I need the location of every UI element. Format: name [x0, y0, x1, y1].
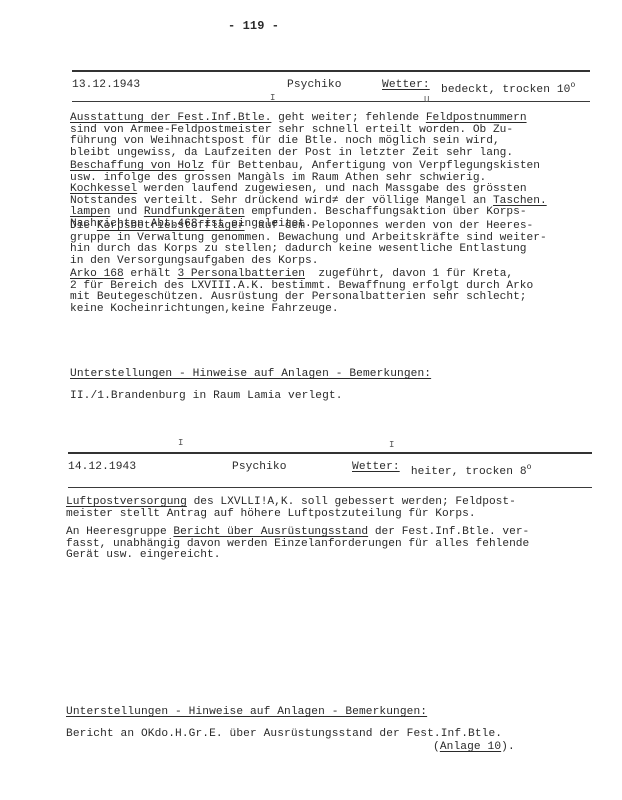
text-run: zugeführt, davon 1 für Kreta,	[305, 268, 513, 280]
text-run: meister stellt Antrag auf höhere Luftpos…	[66, 508, 476, 520]
underlined-term: Ausstattung der Fest.Inf.Btle.	[70, 112, 271, 124]
underlined-term: Beschaffung von Holz	[70, 160, 204, 172]
entry-1-top-rule	[72, 70, 590, 72]
text-run: Gerät usw. eingereicht.	[66, 549, 220, 561]
annex-label: Anlage 10	[440, 741, 501, 753]
entry-2-location: Psychiko	[232, 462, 287, 474]
entry-2-column-mark-1: I	[178, 438, 183, 448]
text-run: hin durch das Korps zu stellen; dadurch …	[70, 243, 527, 255]
entry-1-weather-label: Wetter:	[382, 80, 430, 92]
underlined-term: Korpsbetriebstofflager	[97, 220, 245, 232]
text-run: mit Beutegeschützen. Ausrüstung der Pers…	[70, 291, 527, 303]
entry-1-header-rule	[72, 101, 590, 102]
entry-1-remarks-heading: Unterstellungen - Hinweise auf Anlagen -…	[70, 369, 431, 381]
paragraph: Arko 168 erhält 3 Personalbatterien zuge…	[70, 269, 590, 315]
paragraph: Ausstattung der Fest.Inf.Btle. geht weit…	[70, 113, 590, 159]
text-run: usw. infolge des grossen Mangàls im Raum…	[70, 172, 486, 184]
degree-sign: o	[570, 81, 575, 90]
underlined-term: lampen	[70, 206, 110, 218]
page-number: - 119 -	[228, 21, 279, 33]
underlined-term: Rundfunkgeräten	[144, 206, 245, 218]
text-line: in den Versorgungsaufgaben des Korps.	[70, 256, 590, 268]
underlined-term: Kochkessel	[70, 183, 137, 195]
text-run: fasst, unabhängig davon werden Einzelanf…	[66, 538, 529, 550]
entry-2-annex-ref: (Anlage 10).	[433, 742, 515, 754]
entry-1-weather: bedeckt, trocken 10o	[441, 80, 575, 97]
text-run: sind von Armee-Feldpostmeister sehr schn…	[70, 124, 513, 136]
text-run: in den Versorgungsaufgaben des Korps.	[70, 255, 318, 267]
text-run: führung von Weihnachtspost für die Btle.…	[70, 135, 500, 147]
entry-2-weather-label: Wetter:	[352, 462, 400, 474]
text-run: Notstandes verteilt. Sehr drückend wird≠…	[70, 195, 493, 207]
text-run: bleibt ungewiss, da Laufzeiten der Post …	[70, 147, 513, 159]
text-run: für Bettenbau, Anfertigung von Verpflegu…	[204, 160, 540, 172]
underlined-term: Bericht über Ausrüstungsstand	[173, 526, 368, 538]
entry-1-location: Psychiko	[287, 80, 342, 92]
text-run: geht weiter; fehlende	[271, 112, 425, 124]
text-run: Die	[70, 220, 97, 232]
text-run: erhält	[124, 268, 178, 280]
text-run: der Fest.Inf.Btle. ver-	[368, 526, 529, 538]
text-run: und	[110, 206, 144, 218]
text-run: empfunden. Beschaffungsaktion über Korps…	[245, 206, 527, 218]
entry-2-weather: heiter, trocken 8o	[404, 462, 532, 479]
text-run: gruppe in Verwaltung genommen. Bewachung…	[70, 232, 547, 244]
text-line: meister stellt Antrag auf höhere Luftpos…	[66, 509, 586, 521]
annex-open: (	[433, 741, 440, 753]
annex-close: ).	[501, 741, 515, 753]
text-run: keine Kocheinrichtungen,keine Fahrzeuge.	[70, 303, 339, 315]
underlined-term: 3 Personalbatterien	[177, 268, 305, 280]
degree-sign: o	[527, 463, 532, 472]
text-run: An Heeresgruppe	[66, 526, 173, 538]
paragraph: Luftpostversorgung des LXVLLI!A,K. soll …	[66, 497, 586, 520]
entry-2-header-rule	[68, 487, 592, 488]
underlined-term: Arko 168	[70, 268, 124, 280]
entry-1-column-mark-2: U	[424, 95, 429, 105]
text-line: keine Kocheinrichtungen,keine Fahrzeuge.	[70, 304, 590, 316]
underlined-term: Taschen.	[493, 195, 547, 207]
entry-1-weather-text: bedeckt, trocken 10	[441, 84, 570, 96]
paragraph: Die Korpsbetriebstofflager auf dem Pelop…	[70, 221, 590, 267]
text-run: 2 für Bereich des LXVIII.A.K. bestimmt. …	[70, 280, 533, 292]
entry-1-remark: II./1.Brandenburg in Raum Lamia verlegt.	[70, 391, 343, 403]
entry-2-column-mark-2: I	[389, 440, 394, 450]
text-run: werden laufend zugewiesen, und nach Mass…	[137, 183, 526, 195]
text-run: auf dem Peloponnes werden von der Heeres…	[245, 220, 534, 232]
text-line: bleibt ungewiss, da Laufzeiten der Post …	[70, 148, 590, 160]
underlined-term: Luftpostversorgung	[66, 496, 187, 508]
paragraph: An Heeresgruppe Bericht über Ausrüstungs…	[66, 527, 586, 562]
text-line: Gerät usw. eingereicht.	[66, 550, 586, 562]
document-page: - 119 - 13.12.1943 Psychiko Wetter: bede…	[0, 0, 622, 800]
entry-1-date: 13.12.1943	[72, 80, 140, 92]
entry-1-column-mark-1: I	[270, 93, 275, 103]
entry-2-weather-text: heiter, trocken 8	[404, 466, 527, 478]
text-run: des LXVLLI!A,K. soll gebessert werden; F…	[187, 496, 516, 508]
entry-2-date: 14.12.1943	[68, 462, 136, 474]
entry-2-remark: Bericht an OKdo.H.Gr.E. über Ausrüstungs…	[66, 729, 502, 741]
underlined-term: Feldpostnummern	[426, 112, 527, 124]
entry-2-remarks-heading: Unterstellungen - Hinweise auf Anlagen -…	[66, 707, 427, 719]
entry-2-top-rule	[68, 452, 592, 454]
